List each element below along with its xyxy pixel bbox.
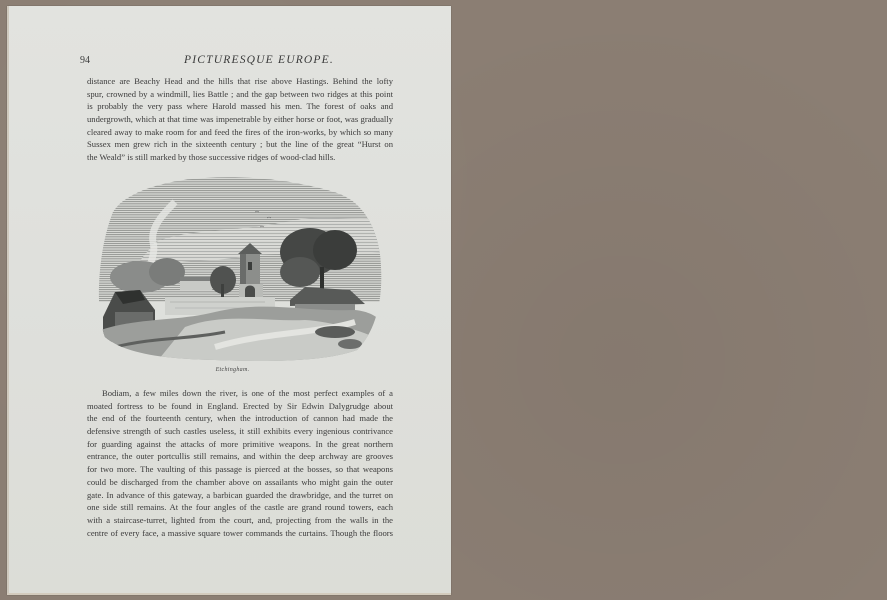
text-line: is probably the very pass where Harold m… bbox=[87, 100, 393, 113]
text-line: the Weald” is still marked by those succ… bbox=[87, 151, 393, 164]
text-line: centre of every face, a massive square t… bbox=[87, 527, 393, 540]
text-line: moated fortress to be found in England. … bbox=[87, 400, 393, 413]
text-line: with a staircase-turret, lighted from th… bbox=[87, 514, 393, 527]
engraving-illustration bbox=[95, 172, 385, 364]
paragraph-2: Bodiam, a few miles down the river, is o… bbox=[87, 387, 393, 539]
running-title: PICTURESQUE EUROPE. bbox=[80, 54, 438, 66]
text-line: for two more. The vaulting of this passa… bbox=[87, 463, 393, 476]
text-line: one side still remains. At the four angl… bbox=[87, 501, 393, 514]
text-line: entrance, the outer portcullis still rem… bbox=[87, 450, 393, 463]
text-line: Sussex men grew rich in the sixteenth ce… bbox=[87, 138, 393, 151]
text-line: Bodiam, a few miles down the river, is o… bbox=[87, 387, 393, 400]
text-line: could be discharged from the chamber abo… bbox=[87, 476, 393, 489]
text-line: gate. In advance of this gateway, a barb… bbox=[87, 489, 393, 502]
paragraph-1: distance are Beachy Head and the hills t… bbox=[87, 75, 393, 164]
text-line: for guarding against the attacks of more… bbox=[87, 438, 393, 451]
page-header: 94 PICTURESQUE EUROPE. bbox=[80, 54, 438, 70]
page-edge bbox=[7, 6, 9, 593]
text-line: distance are Beachy Head and the hills t… bbox=[87, 75, 393, 88]
text-line: defensive strength of such castles usele… bbox=[87, 425, 393, 438]
text-line: cleared away to make room for and feed t… bbox=[87, 126, 393, 139]
book-page: 94 PICTURESQUE EUROPE. distance are Beac… bbox=[7, 6, 451, 595]
text-line: undergrowth, which at that time was impe… bbox=[87, 113, 393, 126]
text-line: spur, crowned by a windmill, lies Battle… bbox=[87, 88, 393, 101]
text-line: the end of the fourteenth century, when … bbox=[87, 412, 393, 425]
illustration-caption: Etchingham. bbox=[14, 367, 451, 373]
